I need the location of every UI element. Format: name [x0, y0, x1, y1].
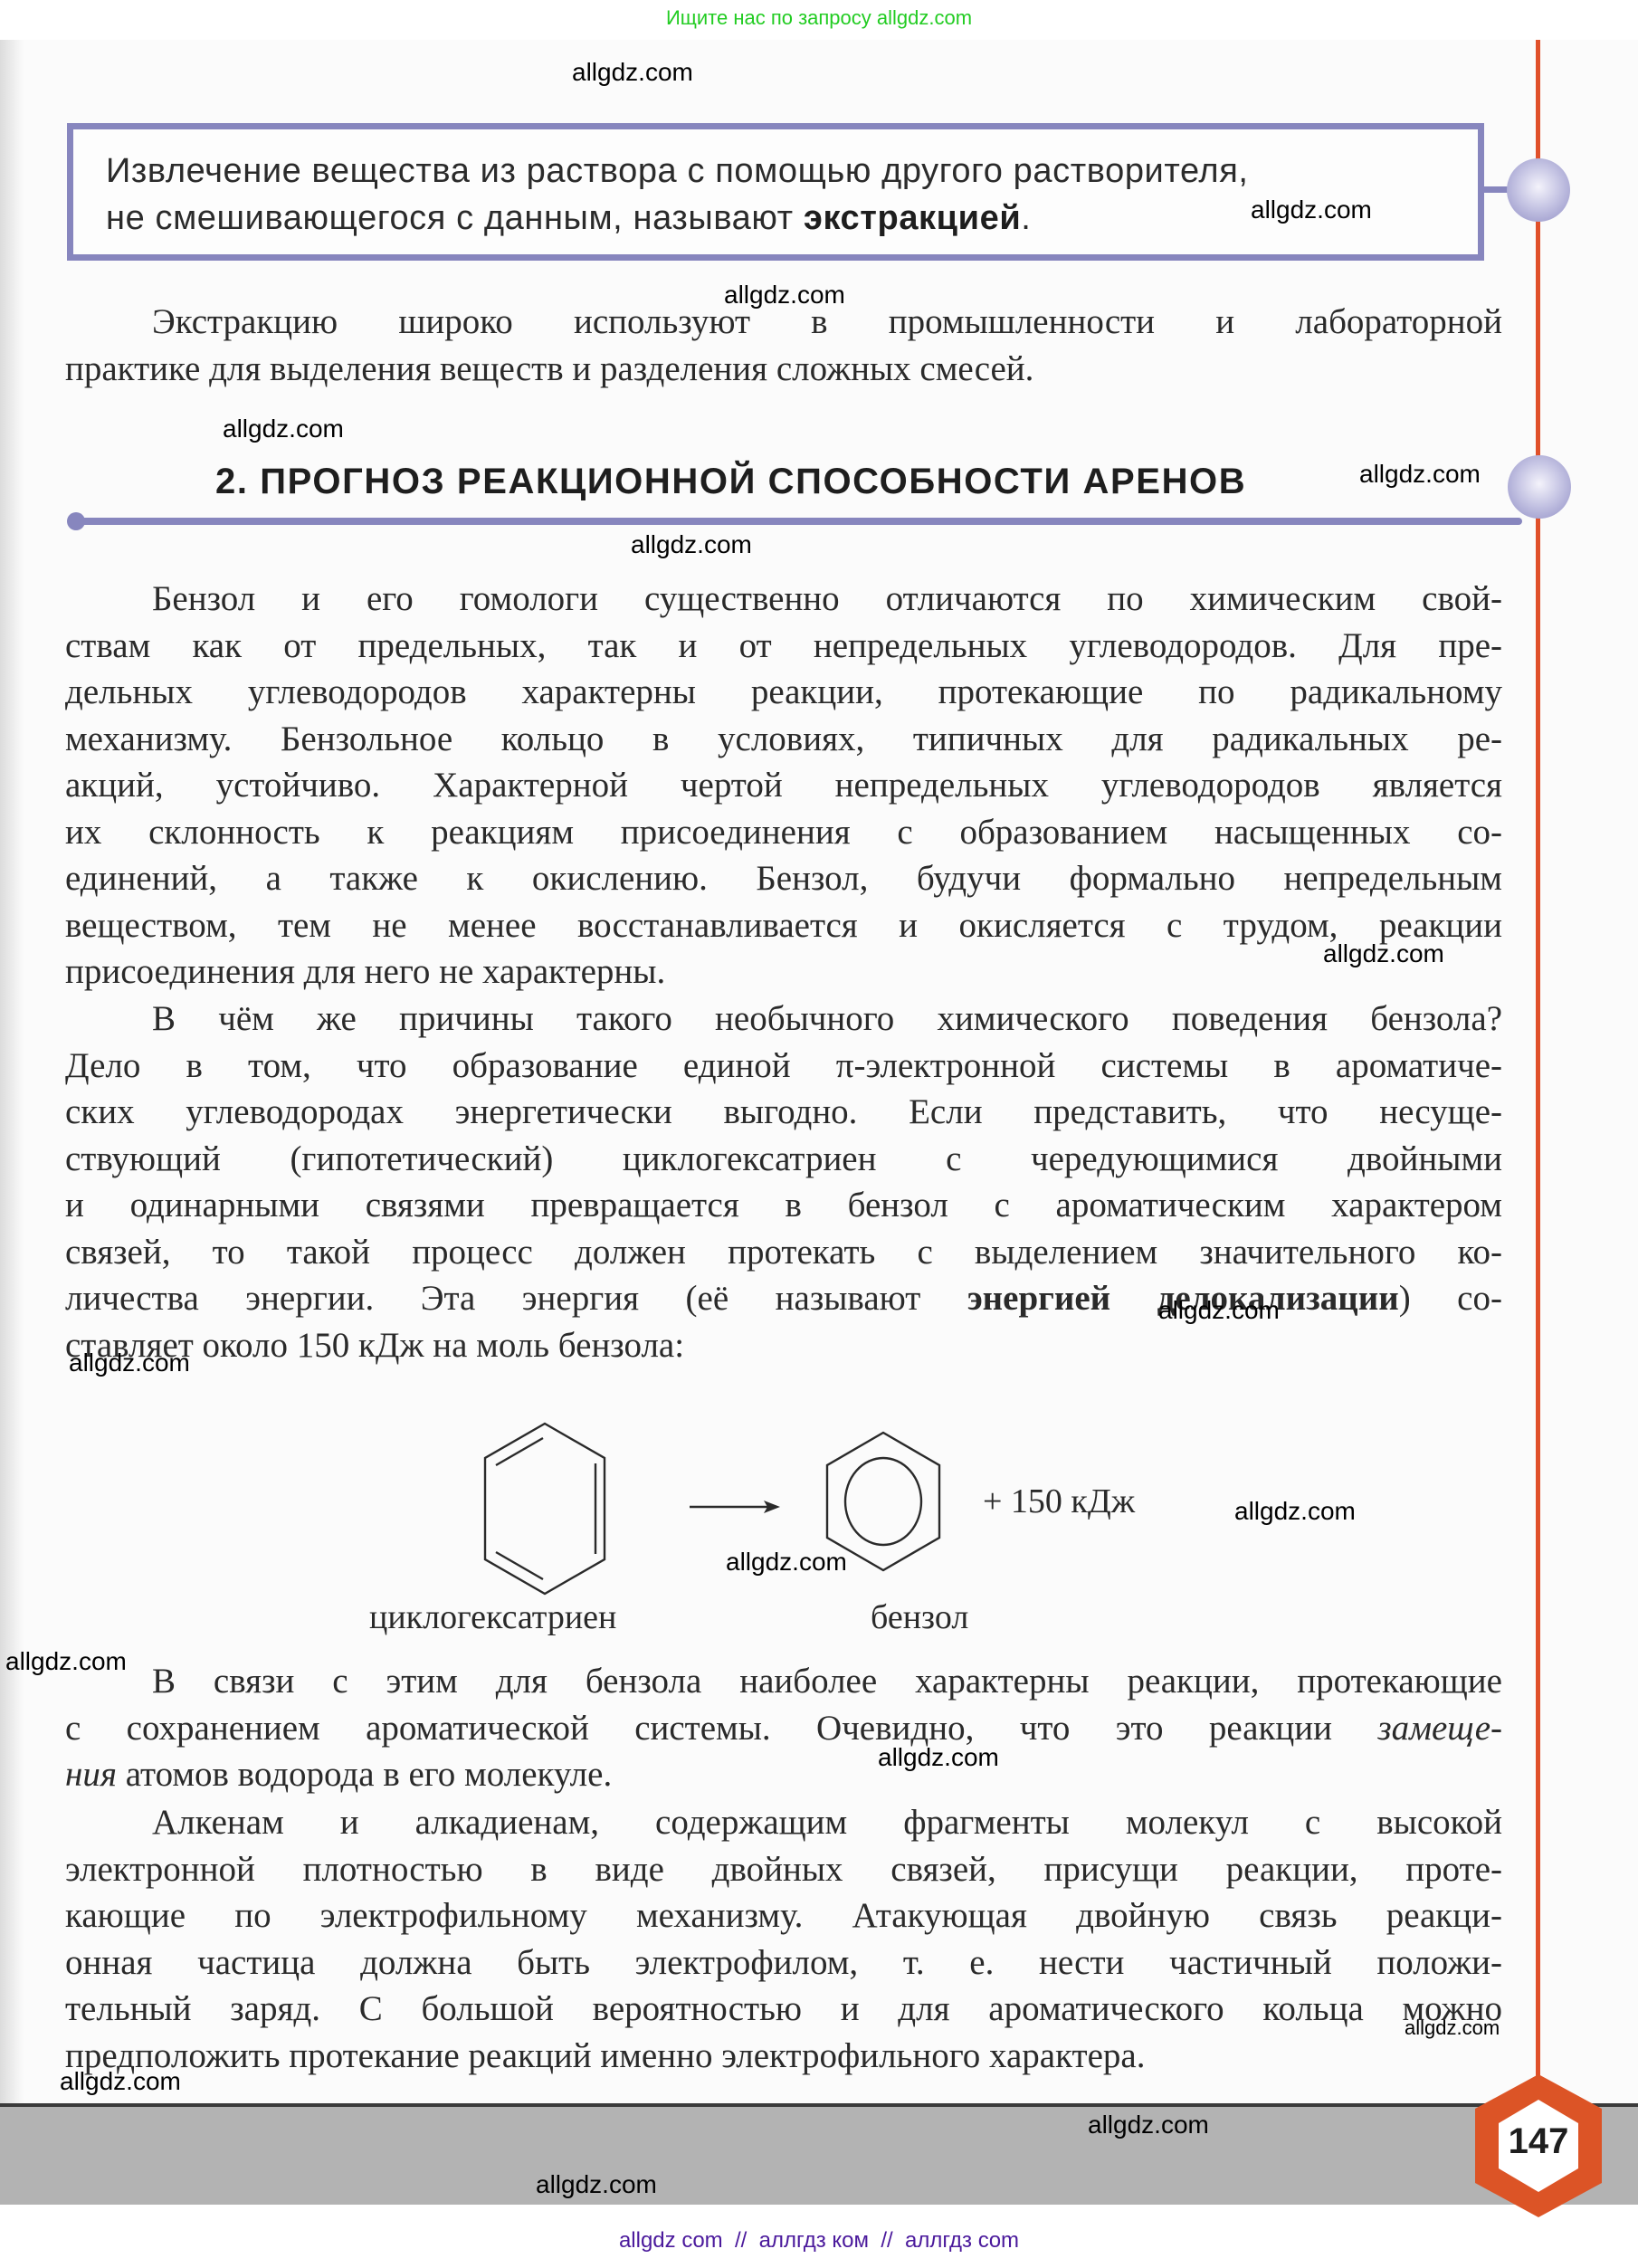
paragraph-line: практике для выделения веществ и разделе… [65, 346, 1502, 393]
watermark-text: allgdz.com [878, 1743, 999, 1772]
definition-line-2: не смешивающегося с данным, называют экс… [106, 195, 1451, 242]
section-title: 2. ПРОГНОЗ РЕАКЦИОННОЙ СПОСОБНОСТИ АРЕНО… [215, 462, 1246, 502]
watermark-text: allgdz.com [1323, 939, 1444, 968]
paragraph-line: веществом, тем не менее восстанавливаетс… [65, 902, 1502, 949]
paragraph-line: В связи с этим для бензола наиболее хара… [65, 1658, 1502, 1705]
paragraph-2: В чём же причины такого необычного химич… [65, 996, 1502, 1368]
watermark-text: allgdz.com [1088, 2111, 1209, 2139]
term-substitution: замеще- [1377, 1709, 1502, 1748]
paragraph-line: ских углеводородах энергетически выгодно… [65, 1089, 1502, 1136]
watermark-text: allgdz.com [631, 530, 752, 559]
paragraph-line: предположить протекание реакций именно э… [65, 2033, 1405, 2080]
section-rule [74, 518, 1522, 525]
watermark-text: allgdz.com [726, 1548, 847, 1577]
paragraph-text: с сохранением ароматической системы. Оче… [65, 1709, 1377, 1748]
paragraph-line: онная частица должна быть электрофилом, … [65, 1939, 1502, 1987]
watermark-text: allgdz.com [1251, 195, 1372, 224]
reaction-arrow-icon [690, 1498, 780, 1516]
paragraph-line: механизму. Бензольное кольцо в условиях,… [65, 716, 1502, 763]
paragraph-extraction: Экстракцию широко используют в промышлен… [65, 299, 1502, 392]
watermark-text: allgdz.com [1405, 2016, 1500, 2040]
paragraph-line: единений, а также к окислению. Бензол, б… [65, 855, 1502, 902]
paragraph-line: дельных углеводородов характерны реакции… [65, 669, 1502, 716]
paragraph-4: Алкенам и алкадиенам, содержащим фрагмен… [65, 1799, 1502, 2079]
paragraph-text: личества энергии. Эта энергия (её называ… [65, 1279, 967, 1318]
paragraph-line: и одинарными связями превращается в бенз… [65, 1182, 1502, 1229]
definition-line-2-text: не смешивающегося с данным, называют [106, 199, 804, 237]
page-bottom-band [0, 2103, 1638, 2205]
reaction-scheme: + 150 кДж циклогексатриен бензол [434, 1411, 1249, 1646]
paragraph-1: Бензол и его гомологи существенно отлича… [65, 576, 1502, 996]
paragraph-line: Бензол и его гомологи существенно отлича… [65, 576, 1502, 623]
definition-sphere-icon [1507, 158, 1570, 222]
page-number-badge: 147 [1471, 2071, 1605, 2221]
paragraph-line: В чём же причины такого необычного химич… [65, 996, 1502, 1043]
paragraph-line: электронной плотностью в виде двойных св… [65, 1846, 1502, 1893]
watermark-text: allgdz.com [1234, 1497, 1356, 1526]
page-number: 147 [1471, 2121, 1605, 2162]
watermark-text: allgdz.com [1158, 1296, 1280, 1325]
watermark-text: allgdz.com [536, 2170, 657, 2199]
paragraph-line: акций, устойчиво. Характерной чертой неп… [65, 762, 1502, 809]
paragraph-text: атомов водорода в его молекуле. [117, 1755, 612, 1794]
paragraph-line: тельный заряд. С большой вероятностью и … [65, 1986, 1502, 2033]
top-banner: Ищите нас по запросу allgdz.com [0, 0, 1638, 40]
paragraph-line: Алкенам и алкадиенам, содержащим фрагмен… [65, 1799, 1502, 1846]
watermark-text: allgdz.com [1359, 460, 1481, 489]
watermark-text: allgdz.com [572, 58, 693, 87]
paragraph-3: В связи с этим для бензола наиболее хара… [65, 1658, 1502, 1798]
term-substitution-end: ния [65, 1755, 117, 1794]
paragraph-line: с сохранением ароматической системы. Оче… [65, 1705, 1502, 1752]
definition-line-1: Извлечение вещества из раствора с помощь… [106, 148, 1451, 195]
top-banner-text[interactable]: Ищите нас по запросу allgdz.com [666, 6, 972, 29]
paragraph-line: ставляет около 150 кДж на моль бензола: [65, 1322, 1502, 1369]
paragraph-line: кающие по электрофильному механизму. Ата… [65, 1892, 1502, 1939]
definition-line-2-end: . [1021, 199, 1031, 237]
definition-box: Извлечение вещества из раствора с помощь… [67, 123, 1484, 261]
watermark-text: allgdz.com [724, 281, 845, 310]
reactant-label: циклогексатриен [369, 1597, 616, 1637]
paragraph-line: ния атомов водорода в его молекуле. [65, 1751, 1502, 1798]
paragraph-line: присоединения для него не характерны. [65, 948, 1502, 996]
product-label: бензол [871, 1597, 968, 1637]
definition-text: Извлечение вещества из раствора с помощь… [106, 148, 1451, 242]
watermark-text: allgdz.com [223, 415, 344, 443]
watermark-text: allgdz.com [5, 1647, 127, 1676]
paragraph-line: связей, то такой процесс должен протекат… [65, 1229, 1502, 1276]
footer-link-text[interactable]: allgdz com // аллгдз ком // аллгдз com [619, 2228, 1019, 2253]
paragraph-text: ) со- [1399, 1279, 1502, 1318]
paragraph-line: Дело в том, что образование единой π-эле… [65, 1043, 1502, 1090]
paragraph-line: личества энергии. Эта энергия (её называ… [65, 1275, 1502, 1322]
textbook-page: Извлечение вещества из раствора с помощь… [0, 40, 1638, 2201]
watermark-text: allgdz.com [69, 1348, 190, 1377]
page-gutter-shadow [0, 40, 24, 2201]
paragraph-line: ствам как от предельных, так и от непред… [65, 623, 1502, 670]
section-sphere-icon [1508, 455, 1571, 519]
watermark-text: allgdz.com [60, 2067, 181, 2096]
reaction-energy: + 150 кДж [983, 1482, 1135, 1521]
margin-red-line [1536, 40, 1540, 2085]
paragraph-line: ствующий (гипотетический) циклогексатрие… [65, 1136, 1502, 1183]
definition-term: экстракцией [804, 199, 1021, 237]
footer-links: allgdz com // аллгдз ком // аллгдз com [0, 2228, 1638, 2254]
paragraph-line: их склонность к реакциям присоединения с… [65, 809, 1502, 856]
section-rule-dot [67, 512, 85, 530]
cyclohexatriene-structure-icon [472, 1418, 617, 1599]
